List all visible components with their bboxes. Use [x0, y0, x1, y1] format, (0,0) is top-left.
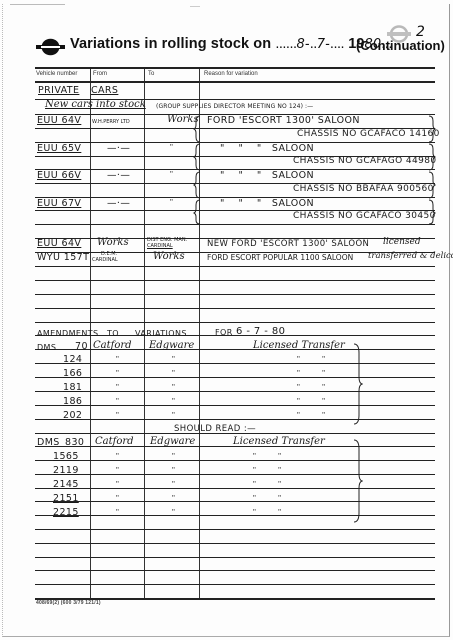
- amendments-word: FOR: [215, 328, 233, 337]
- ditto-mark: " ": [297, 355, 325, 364]
- header-rule: [35, 81, 435, 83]
- table-top-rule: [35, 67, 435, 69]
- row-rule: [35, 363, 435, 364]
- to-value-line2: CARDINAL: [147, 243, 173, 249]
- variations-table: Vehicle number From To Reason for variat…: [35, 67, 435, 599]
- to-value: ": [170, 143, 173, 152]
- row-rule: [35, 501, 435, 502]
- ditto-mark: ": [172, 494, 175, 503]
- date-month: 7: [317, 37, 325, 52]
- row-rule: [35, 377, 435, 378]
- brace-left-icon: [193, 115, 201, 225]
- vehicle-class: DMS: [37, 343, 56, 352]
- ditto-mark: " ": [297, 411, 325, 420]
- row-rule: [35, 322, 435, 323]
- subheading-new-cars: New cars into stock: [45, 99, 146, 110]
- from-value: —·—: [107, 143, 130, 154]
- chassis-number: Chassis No BBAFAA 900560: [293, 184, 434, 194]
- brace-right-icon: [353, 343, 363, 425]
- ditto-mark: ": [172, 383, 175, 392]
- vehicle-number: 181: [63, 382, 82, 393]
- ditto-mark: " ": [297, 397, 325, 406]
- row-rule: [35, 405, 435, 406]
- ditto-mark: " ": [297, 383, 325, 392]
- ditto-mark: ": [172, 369, 175, 378]
- section-heading-private: Private: [38, 85, 79, 96]
- column-header-vehicle: Vehicle number: [36, 71, 77, 77]
- vehicle-number: WYU 157T: [37, 252, 89, 263]
- ditto-mark: " ": [253, 452, 281, 461]
- row-rule: [35, 543, 435, 544]
- ditto-mark: ": [172, 508, 175, 517]
- ditto-mark: ": [116, 466, 119, 475]
- reason-value: Licensed Transfer: [253, 340, 345, 351]
- from-value: Catford: [95, 436, 134, 447]
- amendments-date: 6 - 7 - 80: [236, 326, 285, 337]
- amendments-word: VARIATIONS: [135, 329, 187, 338]
- vehicle-number: 202: [63, 410, 82, 421]
- row-rule: [35, 294, 435, 295]
- row-rule: [35, 460, 435, 461]
- chassis-number: Chassis No GCAFACO 14160: [297, 129, 440, 139]
- ditto-mark: ": [116, 508, 119, 517]
- row-rule: [35, 474, 435, 475]
- vehicle-number: 2215: [53, 507, 79, 518]
- brace-right-icon: [353, 439, 363, 523]
- row-rule: [35, 419, 435, 420]
- row-rule: [35, 570, 435, 571]
- date-day: 8: [297, 37, 305, 52]
- scan-artifact: [190, 6, 200, 7]
- to-value: ": [170, 170, 173, 179]
- from-value: Catford: [93, 340, 132, 351]
- column-header-to: To: [148, 71, 154, 77]
- ditto-mark: ": [116, 397, 119, 406]
- from-value: —·—: [107, 198, 130, 209]
- ditto-mark: " ": [253, 466, 281, 475]
- vehicle-number: EUU 67V: [37, 198, 81, 209]
- to-value: Works: [153, 251, 185, 262]
- reason-value: " " " SALOON: [220, 143, 314, 154]
- ditto-mark: ": [116, 480, 119, 489]
- row-rule: [35, 280, 435, 281]
- reason-value: " " " SALOON: [220, 170, 314, 181]
- form-code: 408/69(2) (600 3/79 121/1): [36, 600, 101, 606]
- ditto-mark: ": [172, 466, 175, 475]
- from-value: W.H.PERRY LTD: [92, 119, 130, 125]
- ditto-mark: ": [116, 369, 119, 378]
- ditto-mark: ": [172, 411, 175, 420]
- vehicle-number: 2119: [53, 465, 79, 476]
- ditto-mark: ": [116, 494, 119, 503]
- row-rule: [35, 266, 435, 267]
- amendments-word: TO: [107, 329, 119, 338]
- row-rule: [35, 529, 435, 530]
- continuation-label: (Continuation): [356, 38, 445, 53]
- reason-value: New FORD 'ESCORT 1300' SALOON: [207, 239, 369, 249]
- column-header-reason: Reason for variation: [204, 71, 258, 77]
- ditto-mark: ": [116, 355, 119, 364]
- brace-right-icon: [428, 115, 436, 225]
- row-rule: [35, 515, 435, 516]
- vehicle-number: EUU 65V: [37, 143, 81, 154]
- vehicle-number: 166: [63, 368, 82, 379]
- from-value-line2: CARDINAL: [92, 257, 118, 263]
- vehicle-number: 2151: [53, 493, 79, 504]
- to-value: Edgware: [150, 436, 195, 447]
- chassis-number: Chassis No GCAFAGO 44980: [293, 156, 436, 166]
- amendments-word: AMENDMENTS: [37, 329, 98, 338]
- section-heading-cars: Cars: [91, 85, 118, 96]
- roundel-logo-icon: [35, 38, 66, 56]
- page-title: Variations in rolling stock on ......8-.…: [70, 36, 392, 52]
- title-prefix: Variations in rolling stock on: [70, 36, 271, 52]
- ditto-mark: ": [172, 397, 175, 406]
- ditto-mark: ": [116, 411, 119, 420]
- row-rule: [35, 391, 435, 392]
- row-rule: [35, 308, 435, 309]
- vehicle-number: EUU 66V: [37, 170, 81, 181]
- ditto-mark: ": [172, 452, 175, 461]
- to-value: ": [170, 198, 173, 207]
- ditto-mark: ": [172, 355, 175, 364]
- row-rule: [35, 224, 435, 225]
- ditto-mark: ": [116, 452, 119, 461]
- row-rule: [35, 557, 435, 558]
- vehicle-number: EUU 64V: [37, 238, 81, 249]
- vehicle-number: 830: [65, 437, 84, 448]
- vehicle-number: 124: [63, 354, 82, 365]
- ditto-mark: " ": [253, 508, 281, 517]
- should-read-heading: SHOULD READ :—: [174, 424, 256, 434]
- ditto-mark: ": [172, 480, 175, 489]
- reason-value: Licensed Transfer: [233, 436, 325, 447]
- status-note: transferred & delicd: [368, 251, 453, 261]
- from-value: —·—: [107, 170, 130, 181]
- ditto-mark: ": [116, 383, 119, 392]
- ditto-mark: " ": [297, 369, 325, 378]
- ditto-mark: " ": [253, 480, 281, 489]
- column-header-from: From: [93, 71, 107, 77]
- ditto-mark: " ": [253, 494, 281, 503]
- vehicle-number: 1565: [53, 451, 79, 462]
- vehicle-number: 2145: [53, 479, 79, 490]
- vehicle-number: EUU 64V: [37, 115, 81, 126]
- reason-value: FORD 'ESCORT 1300' SALOON: [207, 115, 360, 126]
- row-rule: [35, 488, 435, 489]
- from-value: Works: [97, 237, 129, 248]
- to-value: Edgware: [149, 340, 194, 351]
- reason-value: FORD ESCORT POPULAR 1100 SALOON: [207, 253, 353, 262]
- reason-value: " " " SALOON: [220, 198, 314, 209]
- row-rule: [35, 584, 435, 585]
- meeting-note: (Group Supplies Director Meeting No 124)…: [156, 103, 313, 110]
- vehicle-number: 186: [63, 396, 82, 407]
- vehicle-number: 70: [75, 341, 88, 352]
- chassis-number: Chassis No GCAFACO 30450: [293, 211, 436, 221]
- status-note: licensed: [383, 237, 421, 247]
- vehicle-class: DMS: [37, 437, 60, 448]
- page-number: 2: [416, 24, 425, 40]
- scan-artifact: [10, 4, 65, 5]
